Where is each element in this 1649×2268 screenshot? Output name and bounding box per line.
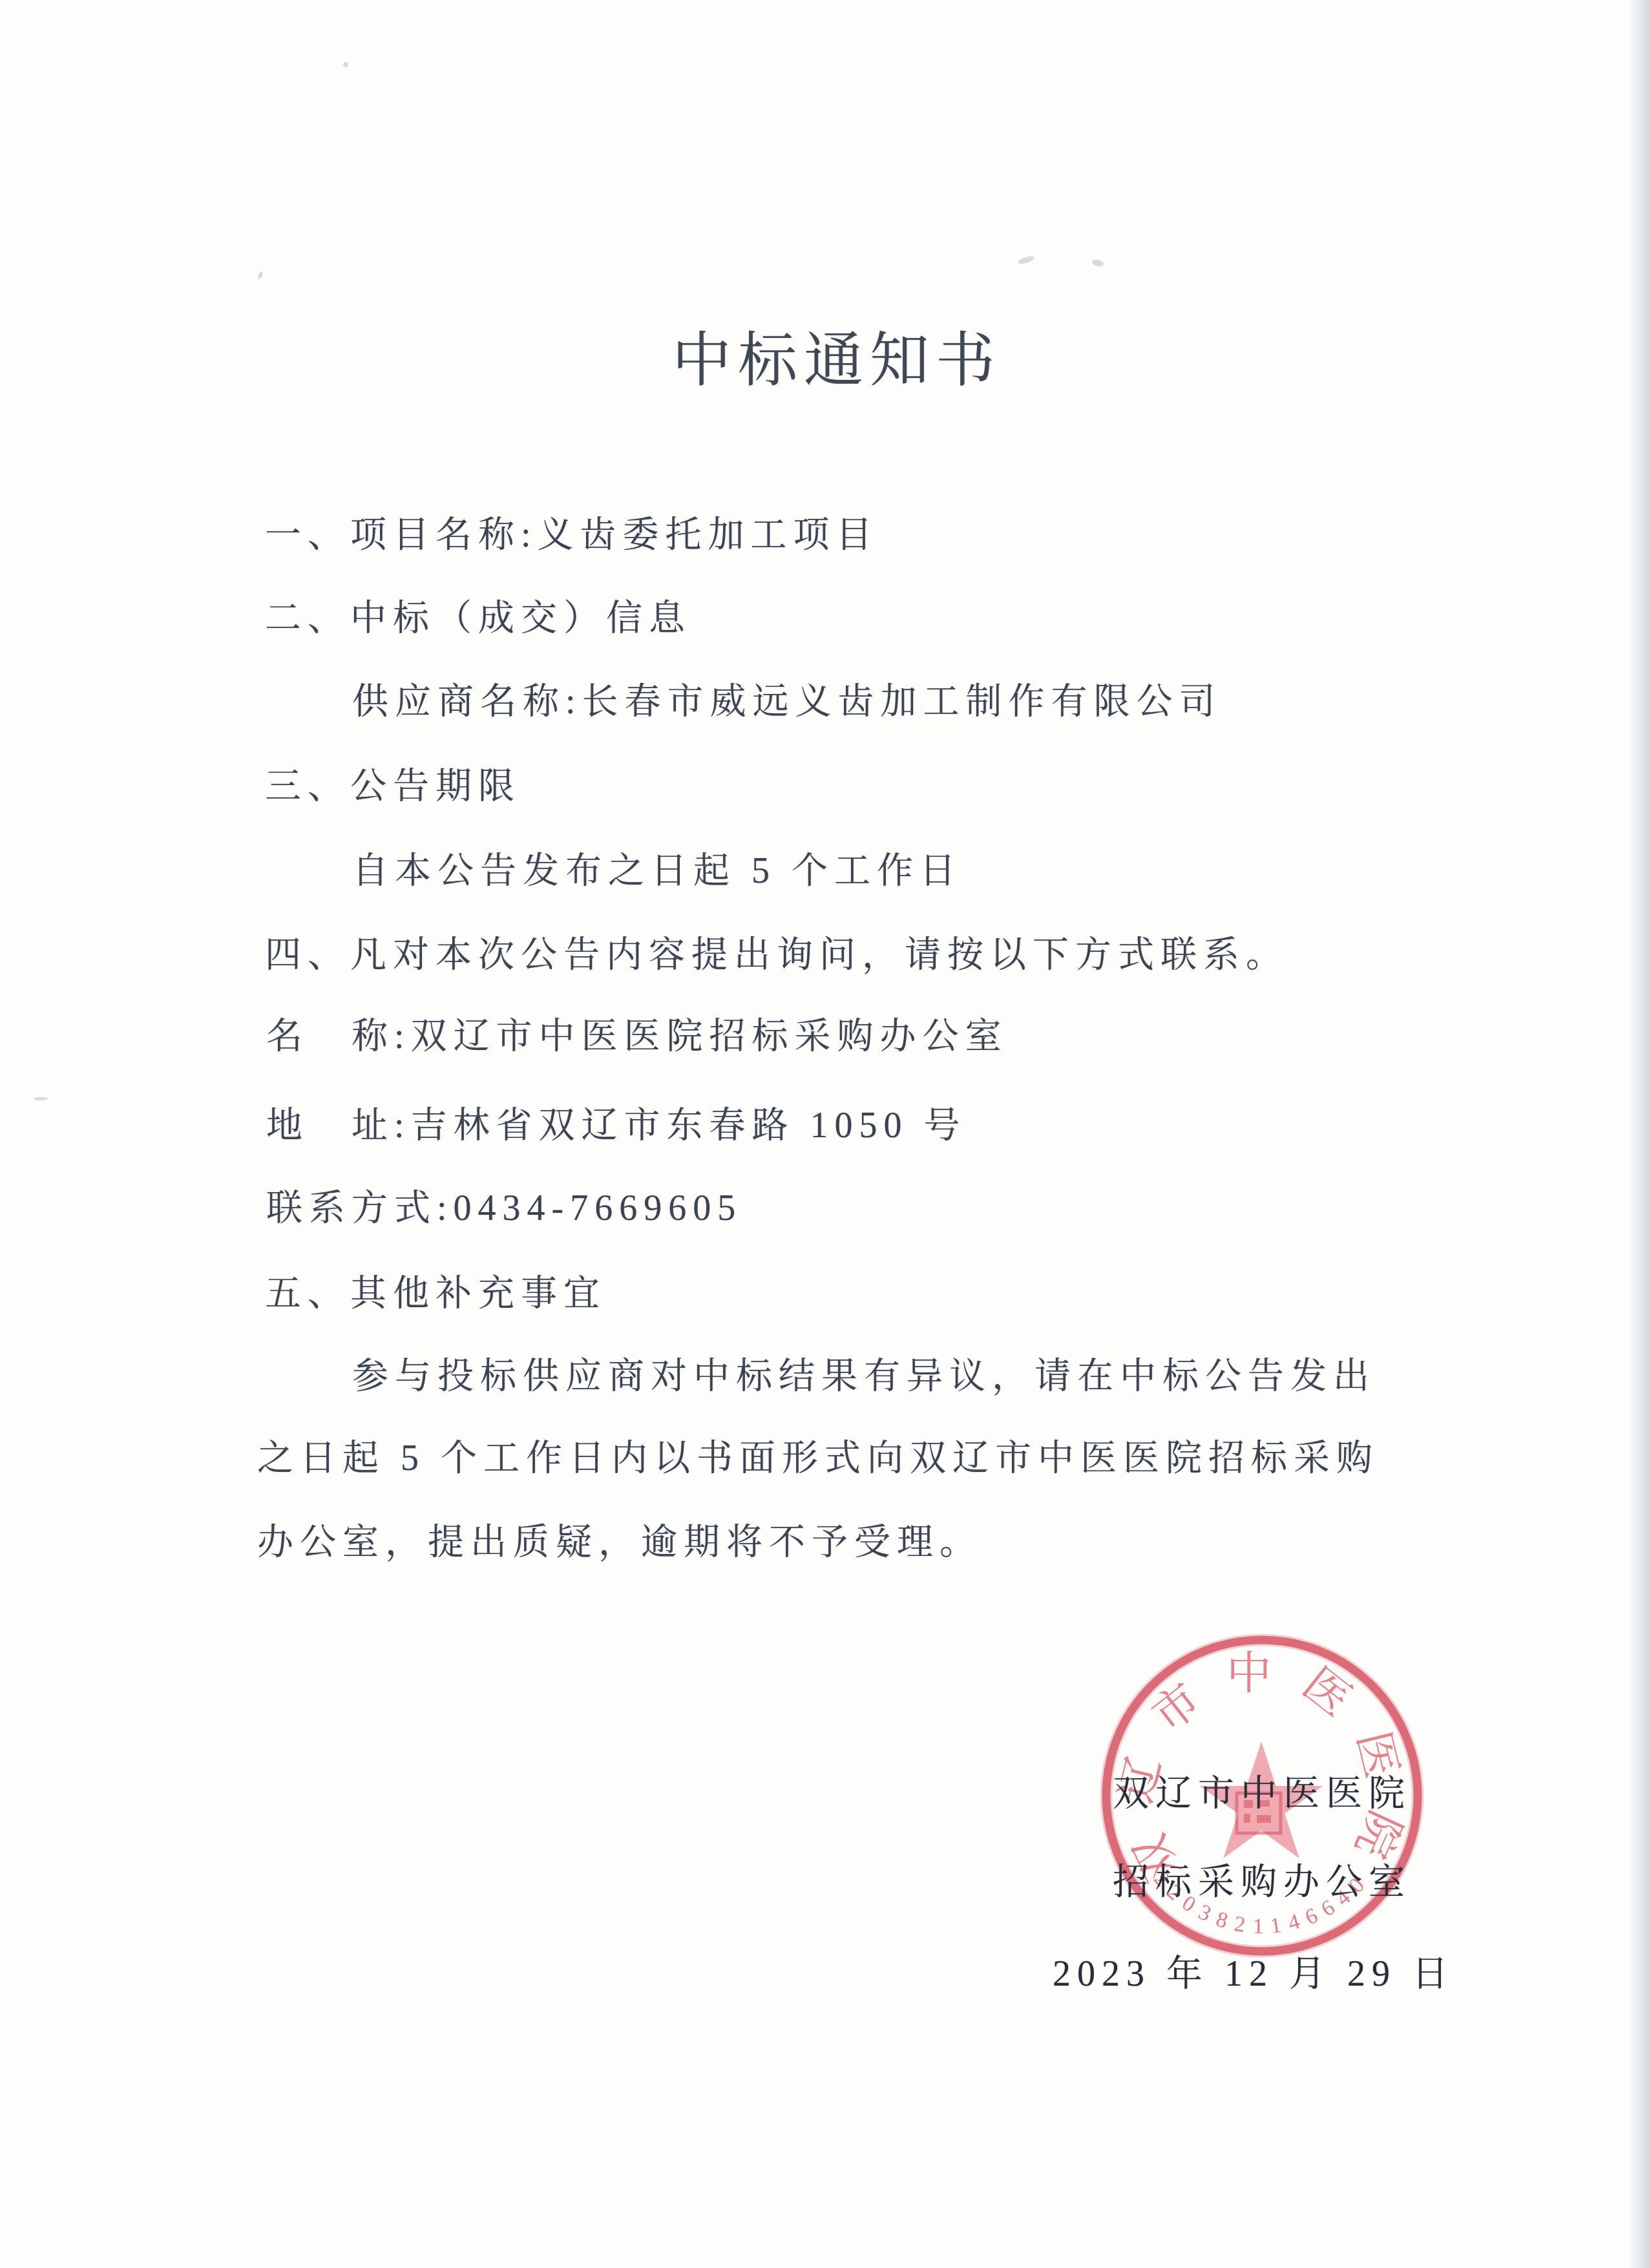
scan-speck	[34, 1097, 48, 1100]
line-item-3-notice-period: 三、公告期限	[265, 768, 521, 804]
scan-speck	[1017, 255, 1035, 266]
scan-speck	[343, 62, 348, 67]
line-item-5-supplementary: 五、其他补充事宜	[265, 1276, 606, 1312]
scan-speck	[1091, 258, 1104, 268]
line-contact-phone: 联系方式:0434-7669605	[266, 1190, 742, 1226]
signature-date: 2023 年 12 月 29 日	[1053, 1956, 1455, 1992]
line-item-4-inquiry: 四、凡对本次公告内容提出询问，请按以下方式联系。	[265, 937, 1288, 973]
line-contact-address: 地 址:吉林省双辽市东春路 1050 号	[266, 1108, 967, 1144]
line-paragraph-objection-1: 参与投标供应商对中标结果有异议，请在中标公告发出	[352, 1358, 1376, 1394]
line-contact-name: 名 称:双辽市中医医院招标采购办公室	[266, 1018, 1008, 1055]
line-period-detail: 自本公告发布之日起 5 个工作日	[352, 853, 962, 889]
line-item-1-project-name: 一、项目名称:义齿委托加工项目	[265, 517, 879, 553]
line-item-2-award-info: 二、中标（成交）信息	[265, 600, 691, 636]
scanned-document-page: 中标通知书 一、项目名称:义齿委托加工项目 二、中标（成交）信息 供应商名称:长…	[0, 0, 1649, 2268]
line-paragraph-objection-2: 之日起 5 个工作日内以书面形式向双辽市中医医院招标采购	[257, 1440, 1379, 1476]
document-title: 中标通知书	[12, 331, 1649, 390]
scan-speck	[257, 271, 264, 279]
line-paragraph-objection-3: 办公室，提出质疑，逾期将不予受理。	[257, 1524, 982, 1560]
signature-org-line-2: 招标采购办公室	[1113, 1864, 1411, 1900]
signature-org-line-1: 双辽市中医医院	[1113, 1776, 1411, 1812]
line-supplier-name: 供应商名称:长春市威远义齿加工制作有限公司	[352, 684, 1222, 720]
scan-edge-shadow	[1627, 0, 1649, 2268]
